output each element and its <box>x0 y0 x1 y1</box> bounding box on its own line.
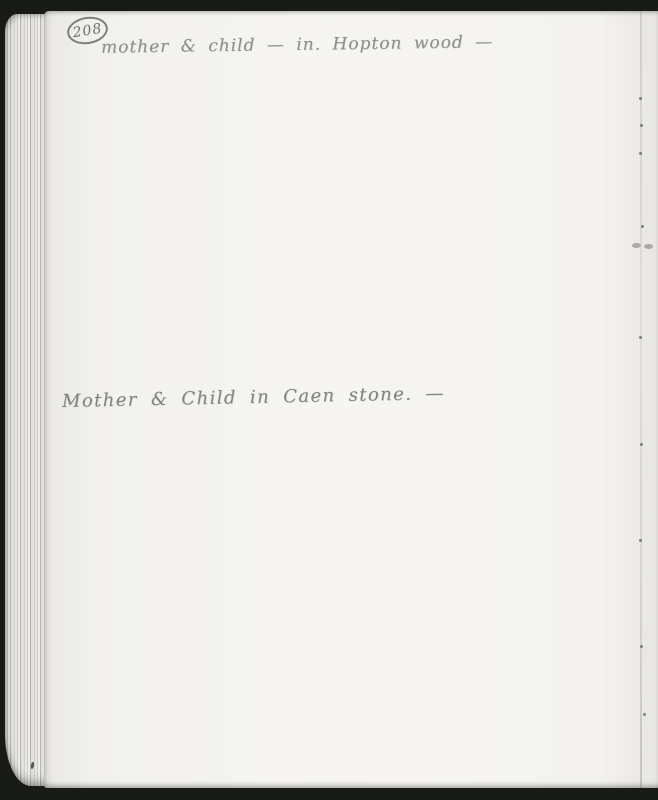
paper-speck <box>640 443 643 446</box>
photo-scene: 208 mother & child — in. Hopton wood — M… <box>0 0 658 800</box>
paper-smudge <box>632 243 641 248</box>
gutter-crease <box>640 11 642 788</box>
page-number: 208 <box>72 20 104 40</box>
handwriting-note: Mother & Child in Caen stone. — <box>62 383 445 412</box>
paper-smudge <box>644 244 653 249</box>
paper-speck <box>643 713 646 716</box>
paper-speck <box>639 336 642 339</box>
paper-speck <box>640 124 643 127</box>
paper-speck <box>639 539 642 542</box>
paper-speck <box>639 152 642 155</box>
paper-speck <box>639 97 642 100</box>
paper-speck <box>640 645 643 648</box>
paper-speck <box>641 225 644 228</box>
sketchbook-page: 208 mother & child — in. Hopton wood — M… <box>44 11 658 788</box>
handwriting-heading: mother & child — in. Hopton wood — <box>101 32 493 57</box>
page-edge-stack <box>5 14 49 786</box>
